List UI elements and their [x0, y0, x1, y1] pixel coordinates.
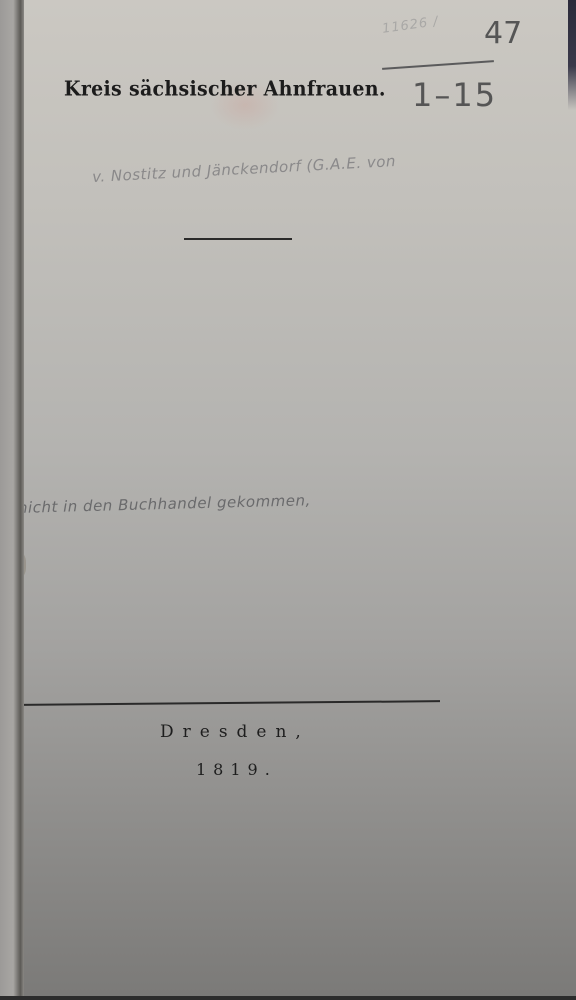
book-page: Kreis sächsischer Ahnfrauen. 11626 / 47 …	[0, 0, 576, 996]
handwritten-publication-note: nicht in den Buchhandel gekommen,	[18, 491, 311, 517]
handwritten-author-note: v. Nostitz und Jänckendorf (G.A.E. von	[92, 152, 397, 186]
book-binding-edge	[0, 0, 24, 1000]
imprint-place: Dresden,	[160, 722, 310, 742]
imprint-year: 1819.	[196, 760, 277, 779]
page-right-edge-shadow	[568, 0, 576, 110]
title-divider-rule	[184, 238, 292, 240]
shelfmark-numerator: 47	[484, 16, 522, 51]
imprint-divider-rule	[22, 700, 440, 705]
faint-shelfmark: 11626 /	[381, 14, 439, 37]
shelfmark-denominator: 1–15	[412, 76, 497, 114]
book-title: Kreis sächsischer Ahnfrauen.	[64, 77, 386, 101]
shelfmark-fraction-line	[382, 60, 494, 70]
page-bottom-edge	[0, 996, 576, 1000]
